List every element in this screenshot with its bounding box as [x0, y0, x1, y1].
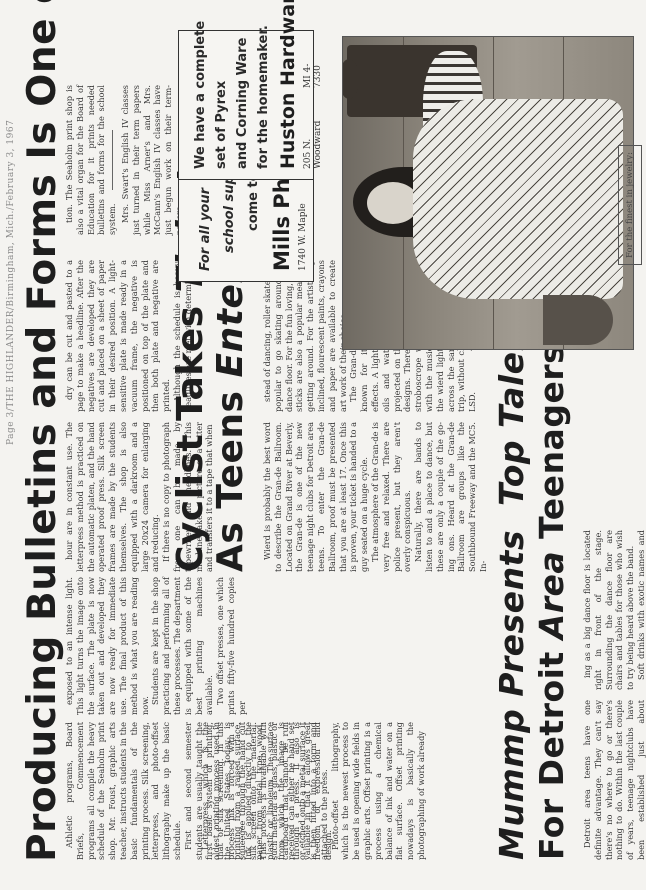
paragraph: ing as a big dance floor is located righ… [582, 530, 636, 690]
main-headline: Producing Bulletins and Forms Is One of … [20, 0, 65, 862]
mummp-column-2: ing as a big dance floor is located righ… [582, 530, 646, 690]
mummp-column-1: Detroit area teens have one definite adv… [582, 700, 646, 860]
paragraph: Soft drinks with exotic names and potato… [636, 530, 646, 690]
paragraph: exposed to an intense light. This light … [64, 577, 150, 715]
paragraph: Letterpress, which is the oldest printin… [200, 722, 330, 860]
folio-line: Page 3/THE HIGHLANDER/Birmingham, Mich./… [6, 120, 16, 445]
divider [112, 130, 113, 190]
paragraph: stead of dancing, roller skates are popu… [262, 260, 348, 412]
newspaper-page: Page 3/THE HIGHLANDER/Birmingham, Mich./… [0, 0, 646, 890]
paragraph: Detroit area teens have one definite adv… [582, 700, 646, 860]
handbag-shape [543, 295, 613, 345]
paragraph: The atmosphere of the Gran-de is very fr… [370, 422, 413, 572]
paragraph: Athletic programs, Board Briefs, Commenc… [64, 722, 183, 860]
mummp-headline-line-1: Mummp Presents Top Talent [492, 311, 531, 860]
huston-phone: MI 4-7330 [303, 41, 323, 88]
paragraph: Two offset presses, one which prints fif… [215, 577, 247, 715]
huston-hardware-name: Huston Hardware [277, 41, 299, 169]
paragraph: dry can be cut and pasted to a page to m… [64, 260, 172, 412]
mummp-headline-line-2: For Detroit Area Teenagers [532, 344, 571, 860]
paragraph: Students are kept in the shop practicing… [150, 577, 215, 715]
patterned-coat-shape [413, 99, 623, 299]
paragraph: Wierd is probably the best word to descr… [262, 422, 370, 572]
paragraph: Naturally, there are bands to listen to … [413, 422, 489, 572]
paragraph: hour are in constant use. The letterpres… [64, 422, 161, 572]
student-photo [342, 36, 634, 350]
huston-address: 205 N. Woodward [303, 88, 323, 169]
cyclist-column-1: Wierd is probably the best word to descr… [262, 422, 489, 572]
paragraph: tion. The Seaholm print shop is also a v… [64, 85, 118, 235]
huston-hardware-ad: We have a complete set of Pyrex and Corn… [178, 30, 314, 180]
main-story-column-2: exposed to an intense light. This light … [64, 577, 248, 715]
main-story-column-5: tion. The Seaholm print shop is also a v… [64, 85, 118, 235]
paragraph: Photo-offset lithography, which is the n… [330, 722, 427, 860]
jewelry-ad: For the finest in jewelry: [618, 145, 642, 265]
main-story-column-1b: Letterpress, which is the oldest printin… [200, 722, 427, 860]
mills-address: 1740 W. Maple [298, 203, 308, 271]
